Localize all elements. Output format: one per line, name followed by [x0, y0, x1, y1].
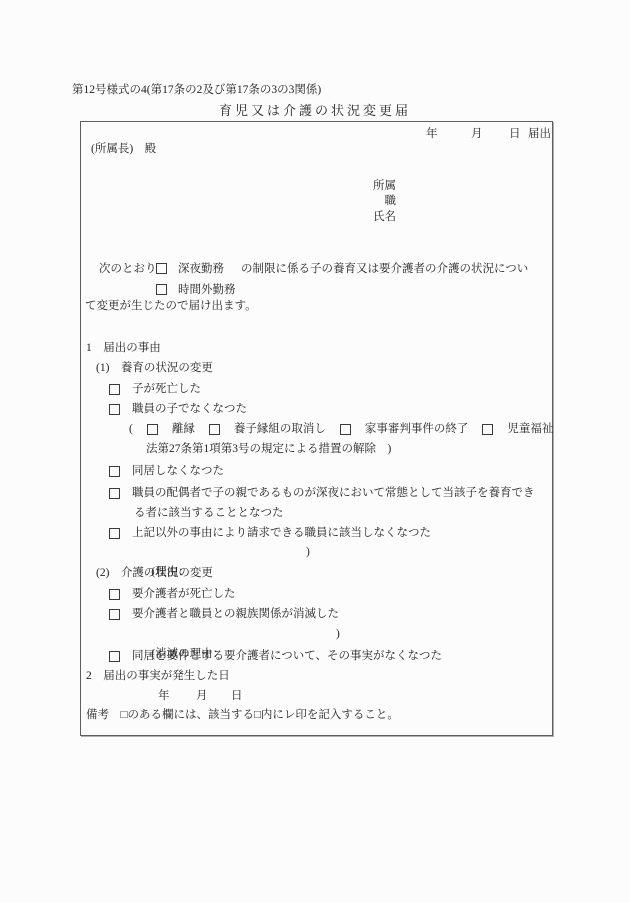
occurrence-date-line: 年 月 日: [81, 686, 552, 706]
other-reason-checkbox[interactable]: [109, 528, 120, 539]
form-box: 年 月 日 届出 (所属長) 殿 所属 職 氏名 次のとおり 深夜勤務 の制限に…: [80, 121, 553, 736]
item-care-recipient-died: 要介護者が死亡した: [109, 584, 236, 604]
other-reason-field: (理由： ): [134, 542, 434, 562]
kinship-reason-close: ): [336, 624, 340, 644]
date-submit-label: 届出: [528, 124, 551, 144]
kinship-ended-checkbox[interactable]: [109, 609, 120, 620]
occurrence-year-label: 年: [158, 686, 170, 706]
item-not-cohabiting: 同居しなくなつた: [109, 461, 224, 481]
item-spouse-can-care: 職員の配偶者で子の親であるものが深夜において常態として当該子を養育でき: [109, 483, 535, 503]
child-welfare-continuation: 法第27条第1項第3号の規定による措置の解除 ): [146, 439, 391, 459]
form-title: 育児又は介護の状況変更届: [0, 100, 630, 119]
spouse-can-care-checkbox[interactable]: [109, 488, 120, 499]
care-recipient-died-checkbox[interactable]: [109, 589, 120, 600]
adoption-annulment-label: 養子縁組の取消し: [234, 419, 326, 439]
addressee: (所属長) 殿: [91, 139, 156, 159]
reason-field-close: ): [306, 542, 310, 562]
item-child-died: 子が死亡した: [109, 379, 201, 399]
date-month-label: 月: [471, 124, 483, 144]
stopped-cohabiting-checkbox[interactable]: [109, 466, 120, 477]
divorce-checkbox[interactable]: [147, 424, 158, 435]
termination-options-line: ( 離縁 養子縁組の取消し 家事審判事件の終了 児童福祉: [129, 419, 553, 439]
spouse-can-care-label-line1: 職員の配偶者で子の親であるものが深夜において常態として当該子を養育でき: [132, 483, 535, 503]
intro-line-3: て変更が生じたので届け出ます。: [85, 296, 257, 316]
no-longer-child-label: 職員の子でなくなつた: [132, 399, 247, 419]
section1-heading: 1 届出の事由: [86, 338, 161, 358]
divorce-label: 離縁: [172, 419, 195, 439]
section1-sub2-heading: (2) 介護の状況の変更: [96, 563, 213, 583]
cohabit-requirement-checkbox[interactable]: [109, 651, 120, 662]
spouse-can-care-label-line2: る者に該当することとなつた: [134, 503, 284, 523]
section2-heading: 2 届出の事実が発生した日: [86, 666, 230, 686]
item-kinship-ended: 要介護者と職員との親族関係が消滅した: [109, 604, 339, 624]
care-recipient-died-label: 要介護者が死亡した: [132, 584, 236, 604]
child-welfare-label: 児童福祉: [507, 419, 553, 439]
section1-sub1-heading: (1) 養育の状況の変更: [96, 358, 213, 378]
intro-line-1-rest: の制限に係る子の養育又は要介護者の介護の状況につい: [241, 259, 528, 279]
date-day-label: 日: [509, 124, 521, 144]
name-label: 氏名: [81, 207, 396, 227]
family-court-end-checkbox[interactable]: [340, 424, 351, 435]
document-page: 第12号様式の4(第17条の2及び第17条の3の3関係) 育児又は介護の状況変更…: [0, 0, 630, 903]
kinship-ended-label: 要介護者と職員との親族関係が消滅した: [132, 604, 339, 624]
notes-line: 備考 □のある欄には、該当する□内にレ印を記入すること。: [86, 705, 399, 725]
paren-open: (: [129, 419, 133, 439]
overtime-duty-checkbox[interactable]: [156, 284, 167, 295]
item-no-longer-child: 職員の子でなくなつた: [109, 399, 247, 419]
other-reason-label: 上記以外の事由により請求できる職員に該当しなくなつた: [132, 523, 431, 543]
kinship-reason-field: (消滅の理由： ): [134, 624, 454, 644]
cohabit-requirement-label: 同居を要件とする要介護者について、その事実がなくなつた: [132, 646, 442, 666]
family-court-end-label: 家事審判事件の終了: [365, 419, 469, 439]
occurrence-day-label: 日: [231, 686, 243, 706]
item-other-reason: 上記以外の事由により請求できる職員に該当しなくなつた: [109, 523, 431, 543]
intro-lead: 次のとおり: [99, 259, 157, 279]
child-died-checkbox[interactable]: [109, 384, 120, 395]
item-cohabit-requirement: 同居を要件とする要介護者について、その事実がなくなつた: [109, 646, 442, 666]
no-longer-child-checkbox[interactable]: [109, 404, 120, 415]
child-died-label: 子が死亡した: [132, 379, 201, 399]
late-night-duty-checkbox[interactable]: [156, 263, 167, 274]
occurrence-month-label: 月: [196, 686, 208, 706]
form-number: 第12号様式の4(第17条の2及び第17条の3の3関係): [72, 81, 321, 97]
stopped-cohabiting-label: 同居しなくなつた: [132, 461, 224, 481]
adoption-annulment-checkbox[interactable]: [209, 424, 220, 435]
late-night-duty-label: 深夜勤務: [178, 259, 224, 279]
intro-line-1: 次のとおり 深夜勤務 の制限に係る子の養育又は要介護者の介護の状況につい: [81, 259, 552, 279]
date-year-label: 年: [426, 124, 438, 144]
child-welfare-checkbox[interactable]: [482, 424, 493, 435]
